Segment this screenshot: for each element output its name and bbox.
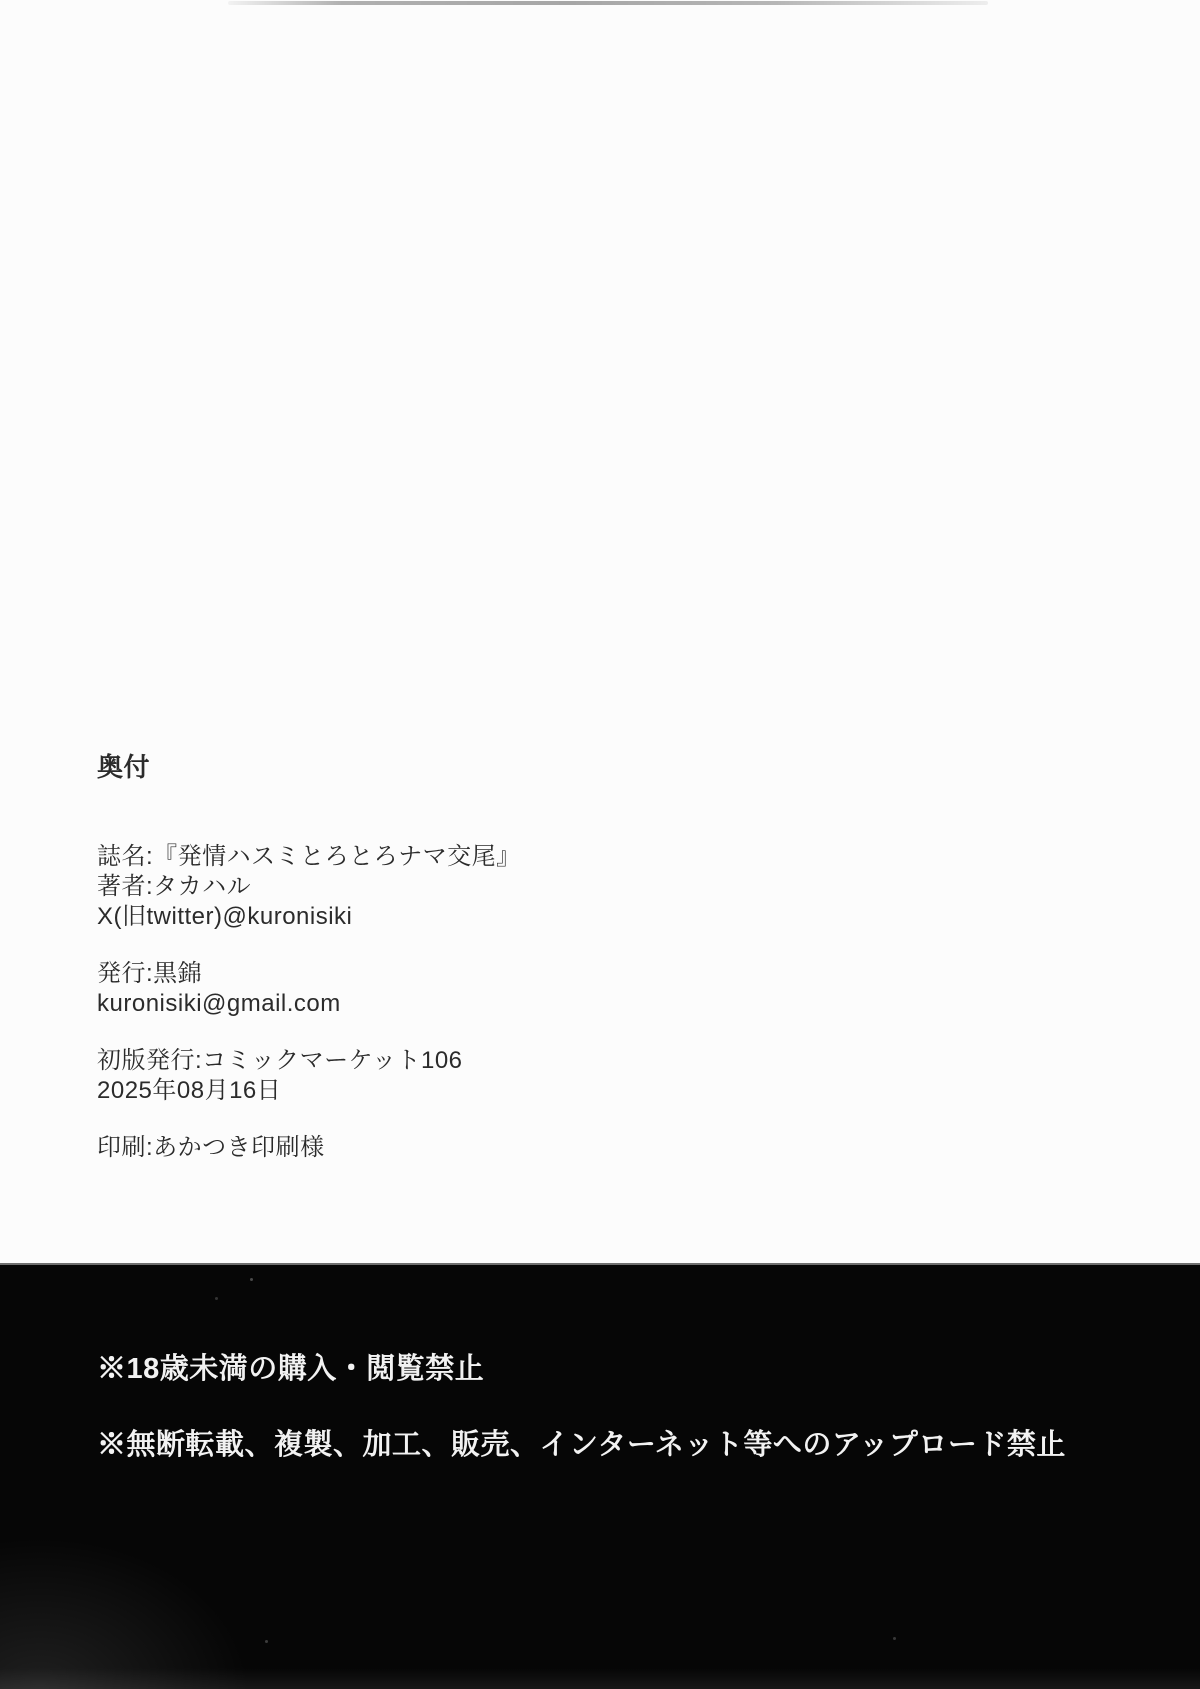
- scan-speck: [250, 1278, 253, 1281]
- publication-date-line: 2025年08月16日: [97, 1076, 521, 1106]
- first-edition-line: 初版発行:コミックマーケット106: [97, 1046, 521, 1076]
- publisher-info-group: 発行:黒錦 kuronisiki@gmail.com: [97, 959, 521, 1019]
- scan-speck: [215, 1297, 218, 1300]
- colophon-heading: 奥付: [97, 752, 521, 782]
- scan-speck: [265, 1640, 268, 1643]
- printer-line: 印刷:あかつき印刷様: [97, 1133, 521, 1163]
- footer-notices: ※18歳未満の購入・閲覧禁止 ※無断転載、複製、加工、販売、インターネット等への…: [97, 1351, 1066, 1463]
- colophon-section: 奥付 誌名:『発情ハスミとろとろナマ交尾』 著者:タカハル X(旧twitter…: [97, 752, 521, 1190]
- twitter-handle-line: X(旧twitter)@kuronisiki: [97, 902, 521, 932]
- edition-info-group: 初版発行:コミックマーケット106 2025年08月16日: [97, 1046, 521, 1106]
- publisher-line: 発行:黒錦: [97, 959, 521, 989]
- author-line: 著者:タカハル: [97, 872, 521, 902]
- email-line: kuronisiki@gmail.com: [97, 989, 521, 1019]
- age-restriction-notice: ※18歳未満の購入・閲覧禁止: [97, 1351, 1066, 1387]
- no-reproduction-notice: ※無断転載、複製、加工、販売、インターネット等へのアップロード禁止: [97, 1427, 1066, 1463]
- colophon-page: 奥付 誌名:『発情ハスミとろとろナマ交尾』 著者:タカハル X(旧twitter…: [0, 0, 1200, 1689]
- scan-speck: [893, 1637, 896, 1640]
- scan-artifact-line: [228, 1, 988, 5]
- printer-info-group: 印刷:あかつき印刷様: [97, 1133, 521, 1163]
- book-info-group: 誌名:『発情ハスミとろとろナマ交尾』 著者:タカハル X(旧twitter)@k…: [97, 842, 521, 932]
- book-title-line: 誌名:『発情ハスミとろとろナマ交尾』: [97, 842, 521, 872]
- warning-footer: ※18歳未満の購入・閲覧禁止 ※無断転載、複製、加工、販売、インターネット等への…: [0, 1263, 1200, 1689]
